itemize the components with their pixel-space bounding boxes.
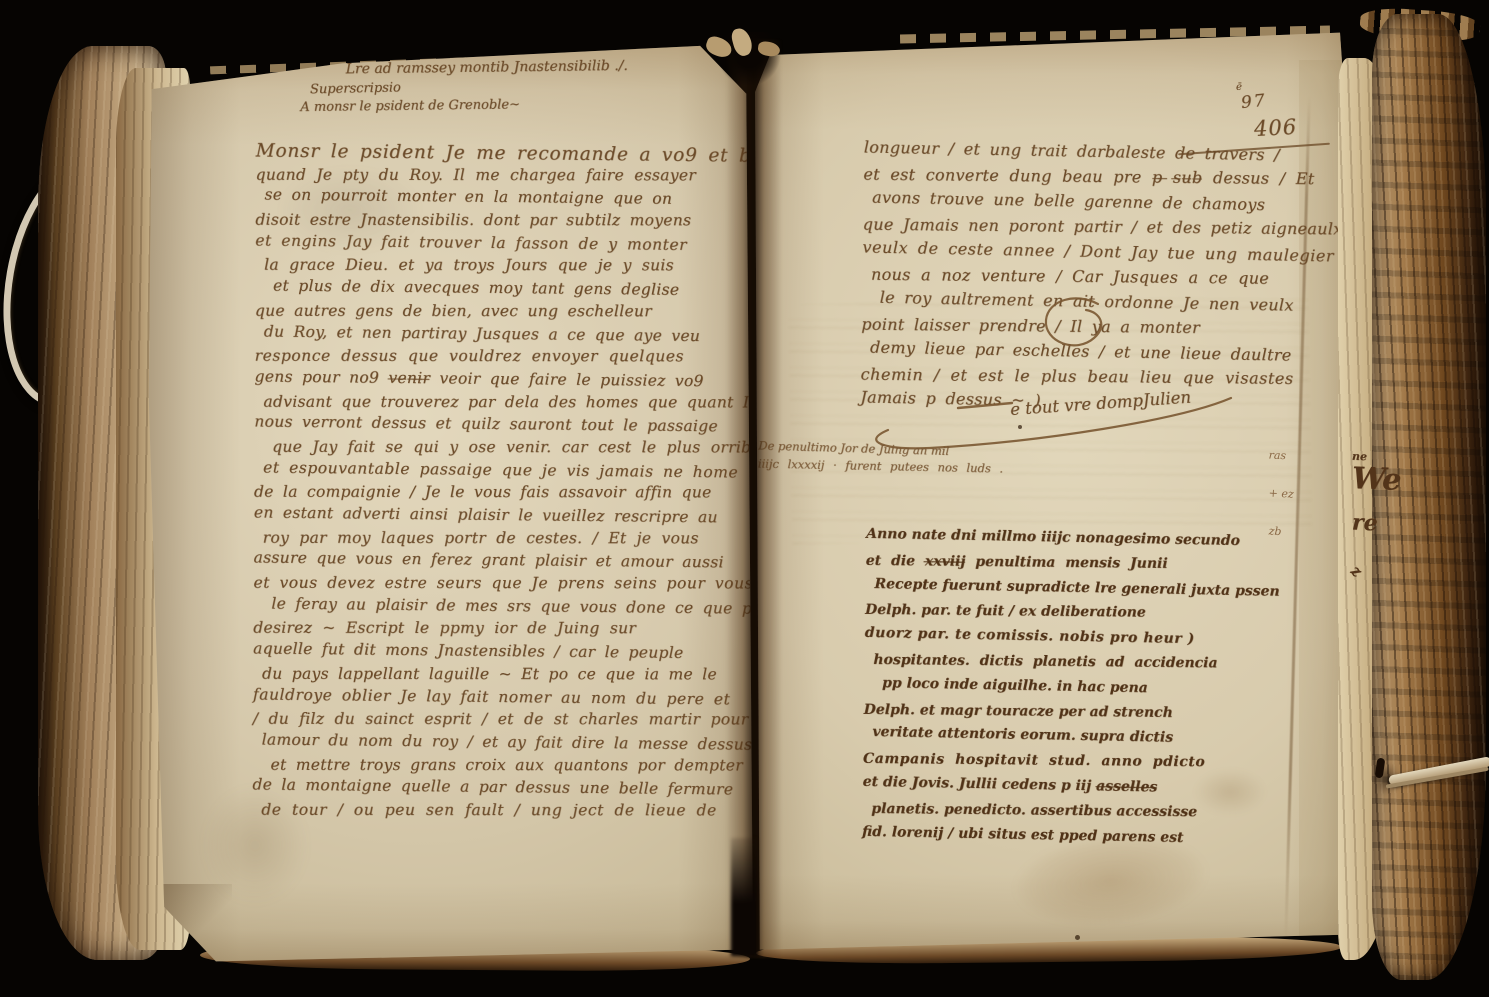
manuscript-line: lamour du nom du roy / et ay fait dire l…	[262, 730, 745, 758]
manuscript-line: et espouvantable passaige que je vis jam…	[263, 458, 746, 486]
fore-edge-glyph: z	[1347, 561, 1365, 580]
manuscript-line: de tour / ou peu sen fault / ung ject de…	[261, 801, 744, 824]
manuscript-line: desirez ~ Escript le ppmy ior de Juing s…	[253, 619, 745, 642]
left-page-body-text: Monsr le psident Je me recomande a vo9 e…	[252, 142, 748, 825]
manuscript-line: et vous devez estre seurs que Je prens s…	[253, 574, 745, 597]
ink-speck	[1075, 935, 1080, 940]
latin-registry-entry: Anno nate dni millmo iiijc nonagesimo se…	[862, 527, 1302, 855]
left-page-heading: Lre ad ramssey montib Jnastensibilib ./.…	[300, 57, 629, 120]
manuscript-line: et mettre troys grans croix aux quantons…	[270, 755, 744, 778]
manuscript-line: Monsr le psident Je me recomande a vo9 e…	[256, 140, 748, 168]
ink-speck	[1018, 425, 1022, 429]
edge-scribble: ras	[1267, 448, 1329, 489]
folio-mark: 97	[1240, 91, 1268, 114]
manuscript-line: gens pour no9 v̶e̶n̶i̶r̶ veoir que faire…	[254, 367, 746, 395]
manuscript-line: fauldroye oblier Je lay fait nomer au no…	[253, 685, 745, 713]
manuscript-line: la grace Dieu. et ya troys Jours que je …	[264, 256, 747, 279]
manuscript-line: de la compaignie / Je le vous fais assav…	[254, 483, 746, 506]
manuscript-line: nous verront dessus et quilz sauront tou…	[254, 413, 746, 441]
edge-scribble: + ez	[1267, 486, 1329, 527]
manuscript-line: de la montaigne quelle a par dessus une …	[252, 776, 744, 804]
manuscript-line: aquelle fut dit mons Jnastensibles / car…	[253, 640, 745, 668]
marginal-note: De penultimo Jor de Juing an miliiijc lx…	[758, 439, 1004, 479]
fore-edge-glyph: We	[1351, 461, 1401, 498]
margin-edge-scribbles: ras+ ezzb	[1268, 450, 1328, 564]
manuscript-line: se on pourroit monter en la montaigne qu…	[264, 186, 747, 214]
fore-edge-lettering: neWerez	[1346, 58, 1392, 758]
manuscript-line: du Roy, et nen partiray Jusques a ce que…	[264, 322, 747, 350]
edge-scribble: zb	[1267, 524, 1329, 565]
manuscript-line: et plus de dix avecques moy tant gens de…	[273, 277, 747, 305]
manuscript-line: responce dessus que vouldrez envoyer que…	[255, 347, 747, 370]
right-page: ē 97 406 longueur / et ung trait darbale…	[752, 28, 1352, 958]
manuscript-heading-line: A monsr le psident de Grenoble~	[300, 96, 628, 119]
manuscript-line: assure que vous en ferez grant plaisir e…	[253, 549, 745, 577]
folio-superscript-mark: ē	[1236, 82, 1242, 93]
left-page: Lre ad ramssey montib Jnastensibilib ./.…	[142, 44, 758, 966]
manuscript-line: en estant adverti ainsi plaisir le vueil…	[254, 503, 746, 531]
manuscript-line: du pays lappellant laguille ~ Et po ce q…	[262, 664, 745, 687]
gutter-bottom-shadow	[731, 838, 757, 956]
manuscript-line: roy par moy laques portr de cestes. / Et…	[263, 528, 746, 551]
manuscript-line: advisant que trouverez par dela des home…	[263, 392, 746, 415]
manuscript-line: / du filz du sainct esprit / et de st ch…	[253, 710, 745, 733]
book-gutter-shadow	[726, 40, 782, 958]
manuscript-line: disoit estre Jnastensibilis. dont par su…	[255, 211, 747, 234]
manuscript-photograph: Lre ad ramssey montib Jnastensibilib ./.…	[0, 0, 1489, 997]
manuscript-line: que Jay fait se qui y ose venir. car ces…	[272, 438, 746, 461]
manuscript-line: que autres gens de bien, avec ung eschel…	[255, 301, 747, 324]
page-number: 406	[1253, 115, 1297, 141]
fore-edge-glyph: re	[1352, 510, 1378, 537]
